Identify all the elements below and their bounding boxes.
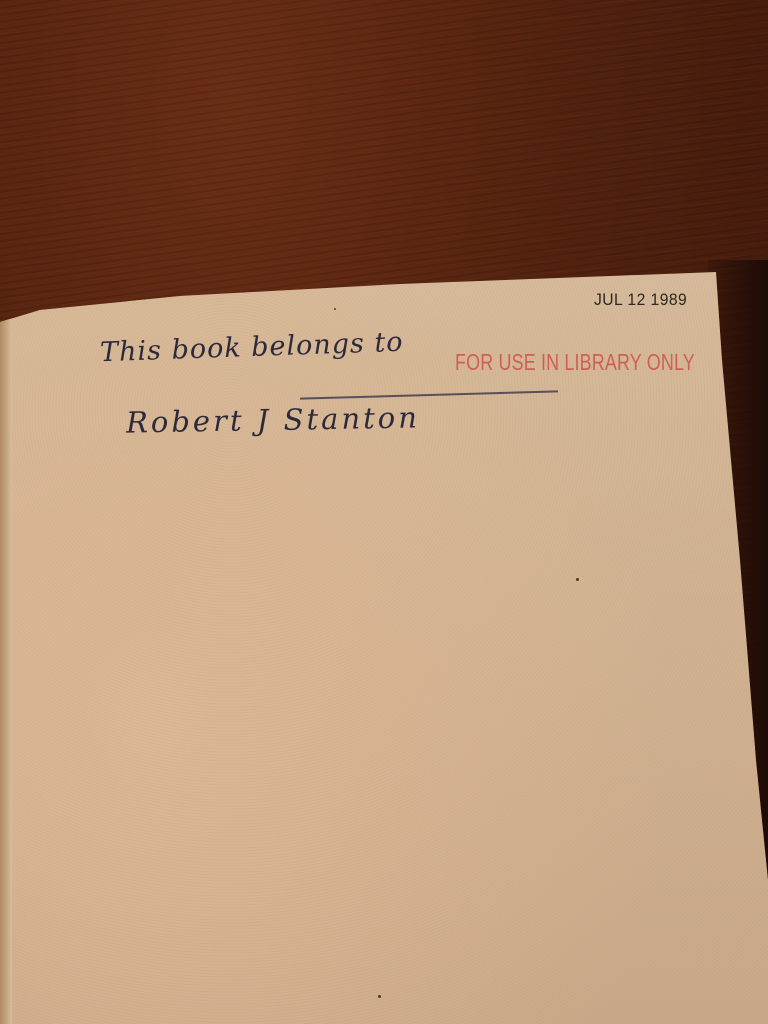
paper-speck	[378, 995, 381, 998]
book-gutter	[0, 318, 12, 1024]
owner-signature: Robert J Stanton	[126, 400, 420, 439]
paper-speck	[576, 578, 579, 581]
library-use-stamp: FOR USE IN LIBRARY ONLY	[455, 349, 695, 376]
paper-speck	[334, 308, 336, 310]
date-stamp: JUL 12 1989	[594, 290, 687, 310]
